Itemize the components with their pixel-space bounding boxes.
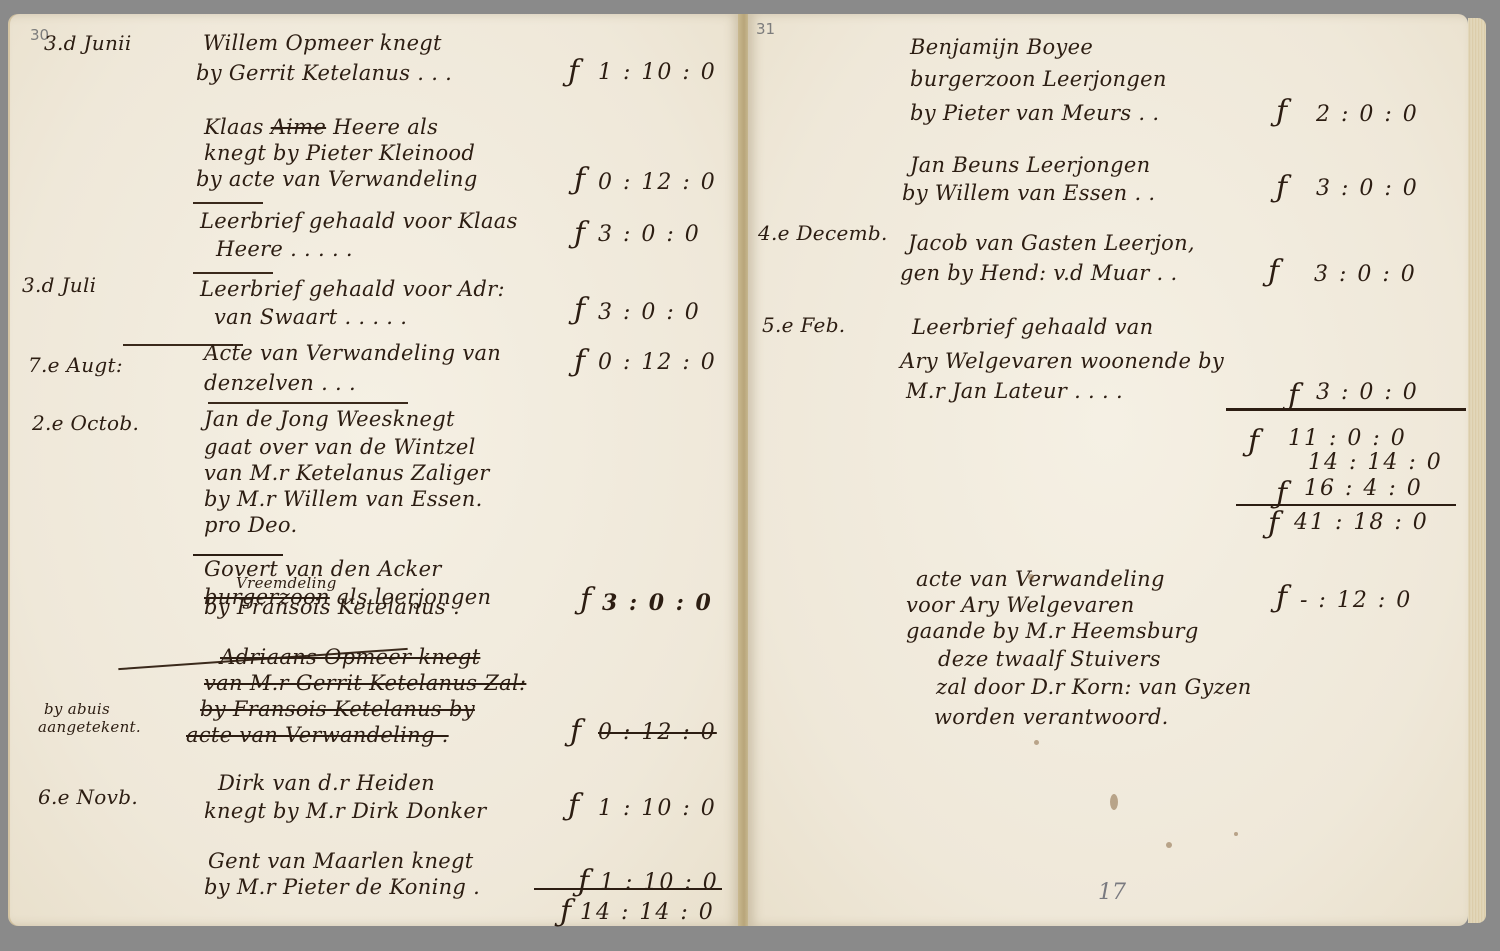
entry-divider bbox=[193, 202, 263, 204]
entry-line: by Willem van Essen . . bbox=[902, 180, 1155, 206]
right-page: 31 Benjamijn Boyee burgerzoon Leerjongen… bbox=[748, 14, 1468, 926]
entry-amount: 1 : 10 : 0 bbox=[600, 870, 719, 895]
entry-date: 7.e Augt: bbox=[28, 352, 123, 378]
entry-line: Benjamijn Boyee bbox=[910, 34, 1093, 60]
entry-amount: 3 : 0 : 0 bbox=[1316, 380, 1419, 405]
entry-line: Jan de Jong Weesknegt bbox=[204, 406, 455, 432]
entry-line: by M.r Pieter de Koning . bbox=[204, 874, 480, 900]
ink-stain bbox=[1234, 832, 1238, 836]
entry-line: denzelven . . . bbox=[204, 370, 356, 396]
subtotal: 11 : 0 : 0 bbox=[1288, 426, 1407, 451]
entry-date: 6.e Novb. bbox=[38, 784, 138, 810]
page-total: 14 : 14 : 0 bbox=[580, 900, 715, 925]
note-amount: - : 12 : 0 bbox=[1300, 588, 1412, 613]
entry-line: van Swaart . . . . . bbox=[214, 304, 407, 330]
entry-line: van M.r Gerrit Ketelanus Zal: bbox=[204, 670, 526, 696]
florin-symbol: ƒ bbox=[568, 788, 579, 823]
entry-line: gen by Hend: v.d Muar . . bbox=[900, 260, 1177, 286]
subtotal-rule bbox=[1226, 408, 1466, 411]
florin-symbol: ƒ bbox=[580, 582, 591, 617]
entry-line: Leerbrief gehaald van bbox=[912, 314, 1153, 340]
entry-line: by Gerrit Ketelanus . . . bbox=[196, 60, 452, 86]
florin-symbol: ƒ bbox=[560, 894, 571, 929]
pencil-folio-number: 17 bbox=[1098, 880, 1126, 905]
florin-symbol: ƒ bbox=[574, 216, 585, 251]
entry-amount: 2 : 0 : 0 bbox=[1316, 102, 1419, 127]
note-line: gaande by M.r Heemsburg bbox=[906, 618, 1199, 644]
entry-line: by Fransois Ketelanus by bbox=[200, 696, 475, 722]
entry-line: Ary Welgevaren woonende by bbox=[900, 348, 1224, 374]
entry-line: Gent van Maarlen knegt bbox=[208, 848, 474, 874]
entry-line: knegt by Pieter Kleinood bbox=[204, 140, 475, 166]
entry-line: knegt by M.r Dirk Donker bbox=[204, 798, 487, 824]
open-ledger-book: 30 3.d Junii Willem Opmeer knegt by Gerr… bbox=[8, 14, 1488, 941]
florin-symbol: ƒ bbox=[568, 54, 579, 89]
entry-line: burgerzoon Leerjongen bbox=[910, 66, 1167, 92]
entry-amount: 0 : 12 : 0 bbox=[598, 720, 717, 745]
entry-amount: 1 : 10 : 0 bbox=[598, 60, 717, 85]
note-line: deze twaalf Stuivers bbox=[938, 646, 1161, 672]
subtotal: 16 : 4 : 0 bbox=[1304, 476, 1423, 501]
margin-note: by abuis bbox=[44, 700, 110, 718]
florin-symbol: ƒ bbox=[1248, 424, 1259, 459]
entry-date: 5.e Feb. bbox=[762, 312, 845, 338]
entry-line: M.r Jan Lateur . . . . bbox=[906, 378, 1123, 404]
name-text: Klaas bbox=[204, 115, 271, 139]
entry-line: gaat over van de Wintzel bbox=[204, 434, 476, 460]
florin-symbol: ƒ bbox=[574, 292, 585, 327]
entry-amount: 3 : 0 : 0 bbox=[598, 222, 701, 247]
entry-line: Adriaans Opmeer knegt bbox=[220, 644, 480, 670]
florin-symbol: ƒ bbox=[578, 864, 589, 899]
entry-line: Leerbrief gehaald voor Klaas bbox=[200, 208, 518, 234]
entry-amount: 3 : 0 : 0 bbox=[602, 590, 713, 616]
entry-line: Acte van Verwandeling van bbox=[204, 340, 501, 366]
entry-amount: 0 : 12 : 0 bbox=[598, 170, 717, 195]
ink-stain bbox=[1028, 574, 1034, 580]
entry-amount: 3 : 0 : 0 bbox=[1314, 262, 1417, 287]
florin-symbol: ƒ bbox=[1276, 170, 1287, 205]
ink-stain bbox=[1034, 740, 1039, 745]
ink-stain bbox=[1110, 794, 1118, 810]
entry-line: Klaas Aime Heere als bbox=[204, 114, 438, 140]
entry-amount: 1 : 10 : 0 bbox=[598, 796, 717, 821]
left-page: 30 3.d Junii Willem Opmeer knegt by Gerr… bbox=[8, 14, 740, 926]
entry-line: van M.r Ketelanus Zaliger bbox=[204, 460, 490, 486]
entry-line: by M.r Willem van Essen. bbox=[204, 486, 483, 512]
note-line: acte van Verwandeling bbox=[916, 566, 1165, 592]
entry-divider bbox=[208, 402, 408, 404]
subtotal: 14 : 14 : 0 bbox=[1308, 450, 1443, 475]
entry-line: Willem Opmeer knegt bbox=[203, 30, 442, 56]
entry-date: 3.d Junii bbox=[44, 30, 132, 56]
entry-amount: 0 : 12 : 0 bbox=[598, 350, 717, 375]
florin-symbol: ƒ bbox=[1276, 580, 1287, 615]
entry-date: 2.e Octob. bbox=[32, 410, 139, 436]
margin-note: aangetekent. bbox=[38, 718, 141, 736]
florin-symbol: ƒ bbox=[570, 714, 581, 749]
entry-amount: 3 : 0 : 0 bbox=[1316, 176, 1419, 201]
entry-line: by Fransois Ketelanus . bbox=[204, 594, 460, 620]
entry-date: 4.e Decemb. bbox=[758, 220, 888, 246]
ink-stain bbox=[1166, 842, 1172, 848]
note-line: voor Ary Welgevaren bbox=[906, 592, 1135, 618]
note-line: worden verantwoord. bbox=[934, 704, 1169, 730]
entry-line: Leerbrief gehaald voor Adr: bbox=[200, 276, 505, 302]
entry-line: acte van Verwandeling . bbox=[186, 722, 449, 748]
florin-symbol: ƒ bbox=[574, 344, 585, 379]
florin-symbol: ƒ bbox=[1276, 94, 1287, 129]
page-number-right: 31 bbox=[756, 20, 775, 38]
note-line: zal door D.r Korn: van Gyzen bbox=[936, 674, 1252, 700]
entry-line: Jacob van Gasten Leerjon, bbox=[908, 230, 1195, 256]
entry-amount: 3 : 0 : 0 bbox=[598, 300, 701, 325]
entry-divider bbox=[193, 272, 273, 274]
florin-symbol: ƒ bbox=[574, 162, 585, 197]
page-fore-edge bbox=[1468, 18, 1486, 923]
entry-line: Jan Beuns Leerjongen bbox=[910, 152, 1150, 178]
entry-line: by acte van Verwandeling bbox=[196, 166, 478, 192]
total-rule bbox=[534, 888, 722, 890]
struck-word: Aime bbox=[271, 115, 326, 139]
grand-total: 41 : 18 : 0 bbox=[1294, 510, 1429, 535]
entry-line: Heere . . . . . bbox=[216, 236, 353, 262]
entry-line: by Pieter van Meurs . . bbox=[910, 100, 1159, 126]
entry-line: Dirk van d.r Heiden bbox=[218, 770, 435, 796]
entry-line: pro Deo. bbox=[204, 512, 297, 538]
entry-date: 3.d Juli bbox=[22, 272, 96, 298]
florin-symbol: ƒ bbox=[1268, 254, 1279, 289]
florin-symbol: ƒ bbox=[1268, 506, 1279, 541]
